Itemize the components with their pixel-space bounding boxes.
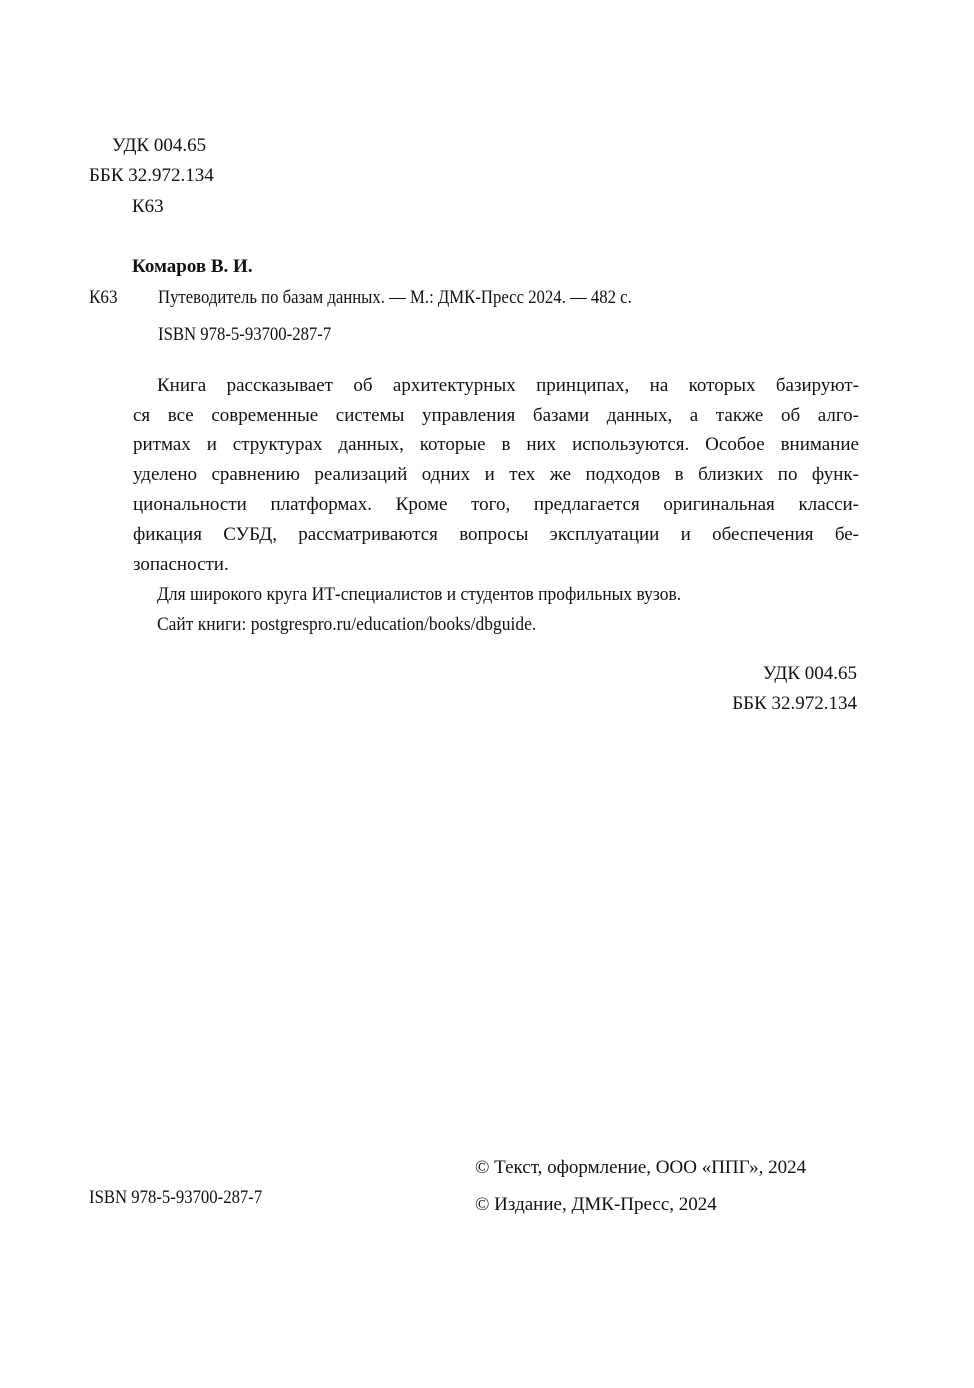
- annotation-line: ся все современные системы управления ба…: [133, 405, 859, 427]
- bbk-code-right: ББК 32.972.134: [732, 693, 857, 715]
- copyright-edition: © Издание, ДМК-Пресс, 2024: [475, 1194, 717, 1216]
- site-line: Сайт книги: postgrespro.ru/education/boo…: [157, 614, 536, 636]
- footer-isbn: ISBN 978-5-93700-287-7: [89, 1187, 262, 1209]
- annotation-line: ритмах и структурах данных, которые в ни…: [133, 434, 859, 456]
- udk-code-right: УДК 004.65: [763, 663, 857, 685]
- annotation-line: зопасности.: [133, 554, 229, 576]
- annotation-line: Книга рассказывает об архитектурных прин…: [157, 375, 859, 397]
- copyright-text: © Текст, оформление, ООО «ППГ», 2024: [475, 1157, 806, 1179]
- bbk-code: ББК 32.972.134: [89, 165, 214, 187]
- record-isbn: ISBN 978-5-93700-287-7: [158, 324, 331, 346]
- audience-line: Для широкого круга ИТ-специалистов и сту…: [157, 584, 681, 606]
- author-sign: К63: [132, 196, 164, 218]
- author-name: Комаров В. И.: [132, 256, 253, 278]
- annotation-line: циональности платформах. Кроме того, пре…: [133, 494, 859, 516]
- annotation-line: уделено сравнению реализаций одних и тех…: [133, 464, 859, 486]
- record-sign: К63: [89, 287, 118, 309]
- annotation-line: фикация СУБД, рассматриваются вопросы эк…: [133, 524, 859, 546]
- book-title-line: Путеводитель по базам данных. — М.: ДМК-…: [158, 287, 632, 309]
- udk-code: УДК 004.65: [112, 135, 206, 157]
